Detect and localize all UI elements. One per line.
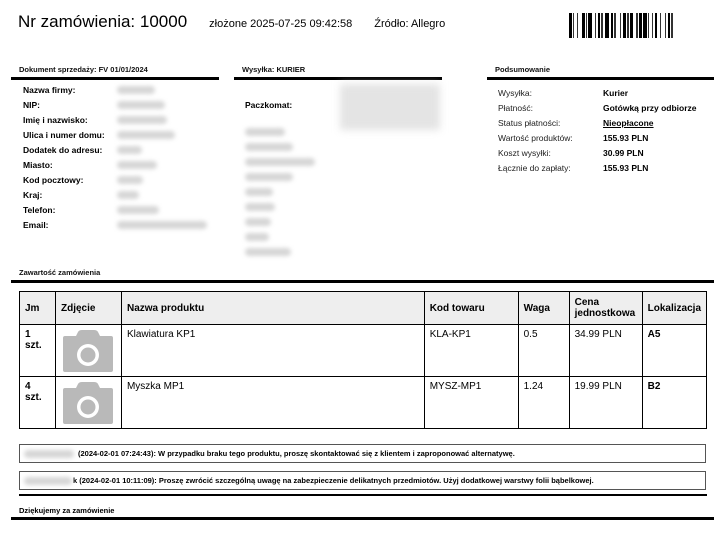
item-photo-cell: [55, 325, 121, 377]
summary-row-products-value: Wartość produktów:155.93 PLN: [498, 130, 697, 145]
column-header-product-code: Kod towaru: [424, 292, 518, 325]
camera-icon: [63, 382, 113, 424]
item-weight: 0.5: [518, 325, 569, 377]
footer-divider: [11, 517, 714, 520]
table-row: 1 szt. Klawiatura KP1 KLA-KP1 0.5 34.99 …: [20, 325, 707, 377]
redacted-value: [117, 221, 207, 229]
shipping-divider: [234, 77, 442, 80]
column-header-photo: Zdjęcie: [55, 292, 121, 325]
order-summary: Wysyłka:Kurier Płatność:Gotówką przy odb…: [498, 85, 697, 175]
summary-section-label: Podsumowanie: [495, 65, 550, 74]
redacted-author: [24, 450, 74, 458]
billing-field: NIP:: [23, 97, 207, 112]
redacted-value: [117, 146, 142, 154]
redacted-value: [245, 233, 269, 241]
redacted-value: [245, 173, 293, 181]
summary-row-payment-status: Status płatności:Nieopłacone: [498, 115, 697, 130]
item-location: A5: [642, 325, 706, 377]
redacted-value: [245, 248, 291, 256]
order-items-table: Jm Zdjęcie Nazwa produktu Kod towaru Wag…: [19, 291, 707, 429]
barcode-icon: [569, 13, 706, 38]
billing-details: Nazwa firmy: NIP: Imię i nazwisko: Ulica…: [23, 82, 207, 232]
item-weight: 1.24: [518, 377, 569, 429]
order-source: Źródło: Allegro: [374, 18, 445, 30]
order-note: k (2024-02-01 10:11:09): Proszę zwrócić …: [19, 471, 706, 490]
summary-row-shipping: Wysyłka:Kurier: [498, 85, 697, 100]
redacted-value: [117, 86, 155, 94]
shipping-section-label: Wysyłka: KURIER: [242, 65, 305, 74]
order-number: Nr zamówienia: 10000: [18, 12, 187, 32]
item-name: Klawiatura KP1: [121, 325, 424, 377]
item-code: KLA-KP1: [424, 325, 518, 377]
order-placed-date: złożone 2025-07-25 09:42:58: [209, 18, 352, 30]
billing-section-label: Dokument sprzedaży: FV 01/01/2024: [19, 65, 148, 74]
summary-divider: [487, 77, 714, 80]
payment-status-badge: Nieopłacone: [603, 118, 654, 128]
billing-field: Kod pocztowy:: [23, 172, 207, 187]
camera-icon: [63, 330, 113, 372]
redacted-value: [245, 128, 285, 136]
redacted-author: [24, 477, 72, 485]
contents-divider: [11, 280, 714, 283]
summary-row-total: Łącznie do zapłaty:155.93 PLN: [498, 160, 697, 175]
column-header-location: Lokalizacja: [642, 292, 706, 325]
billing-field: Dodatek do adresu:: [23, 142, 207, 157]
column-header-product-name: Nazwa produktu: [121, 292, 424, 325]
order-note: (2024-02-01 07:24:43): W przypadku braku…: [19, 444, 706, 463]
redacted-value: [117, 101, 165, 109]
billing-field: Imię i nazwisko:: [23, 112, 207, 127]
billing-field: Kraj:: [23, 187, 207, 202]
item-unit-price: 34.99 PLN: [569, 325, 642, 377]
column-header-unit-price: Cena jednostkowa: [569, 292, 642, 325]
note-text: k (2024-02-01 10:11:09): Proszę zwrócić …: [73, 476, 594, 485]
summary-row-payment: Płatność:Gotówką przy odbiorze: [498, 100, 697, 115]
billing-field: Miasto:: [23, 157, 207, 172]
redacted-value: [117, 131, 175, 139]
table-header-row: Jm Zdjęcie Nazwa produktu Kod towaru Wag…: [20, 292, 707, 325]
summary-row-shipping-cost: Koszt wysyłki:30.99 PLN: [498, 145, 697, 160]
contents-section-label: Zawartość zamówienia: [19, 268, 100, 277]
notes-divider: [19, 494, 707, 496]
redacted-value: [117, 191, 139, 199]
table-row: 4 szt. Myszka MP1 MYSZ-MP1 1.24 19.99 PL…: [20, 377, 707, 429]
redacted-value: [117, 176, 143, 184]
thank-you-message: Dziękujemy za zamówienie: [19, 506, 114, 515]
column-header-weight: Waga: [518, 292, 569, 325]
redacted-value: [117, 161, 157, 169]
redacted-value: [245, 143, 293, 151]
parcel-locker-label: Paczkomat:: [245, 100, 292, 110]
column-header-jm: Jm: [20, 292, 56, 325]
item-unit-price: 19.99 PLN: [569, 377, 642, 429]
item-quantity: 4 szt.: [20, 377, 56, 429]
redacted-value: [245, 188, 273, 196]
redacted-value: [117, 206, 159, 214]
item-quantity: 1 szt.: [20, 325, 56, 377]
redacted-value: [245, 203, 275, 211]
order-header: Nr zamówienia: 10000 złożone 2025-07-25 …: [18, 12, 445, 32]
billing-field: Telefon:: [23, 202, 207, 217]
billing-field: Email:: [23, 217, 207, 232]
parcel-locker-redacted: [340, 84, 440, 130]
item-photo-cell: [55, 377, 121, 429]
item-code: MYSZ-MP1: [424, 377, 518, 429]
billing-field: Ulica i numer domu:: [23, 127, 207, 142]
item-location: B2: [642, 377, 706, 429]
shipping-address-redacted: [245, 128, 315, 263]
billing-field: Nazwa firmy:: [23, 82, 207, 97]
item-name: Myszka MP1: [121, 377, 424, 429]
redacted-value: [245, 158, 315, 166]
note-text: (2024-02-01 07:24:43): W przypadku braku…: [78, 449, 515, 458]
redacted-value: [245, 218, 271, 226]
redacted-value: [117, 116, 167, 124]
billing-divider: [11, 77, 219, 80]
